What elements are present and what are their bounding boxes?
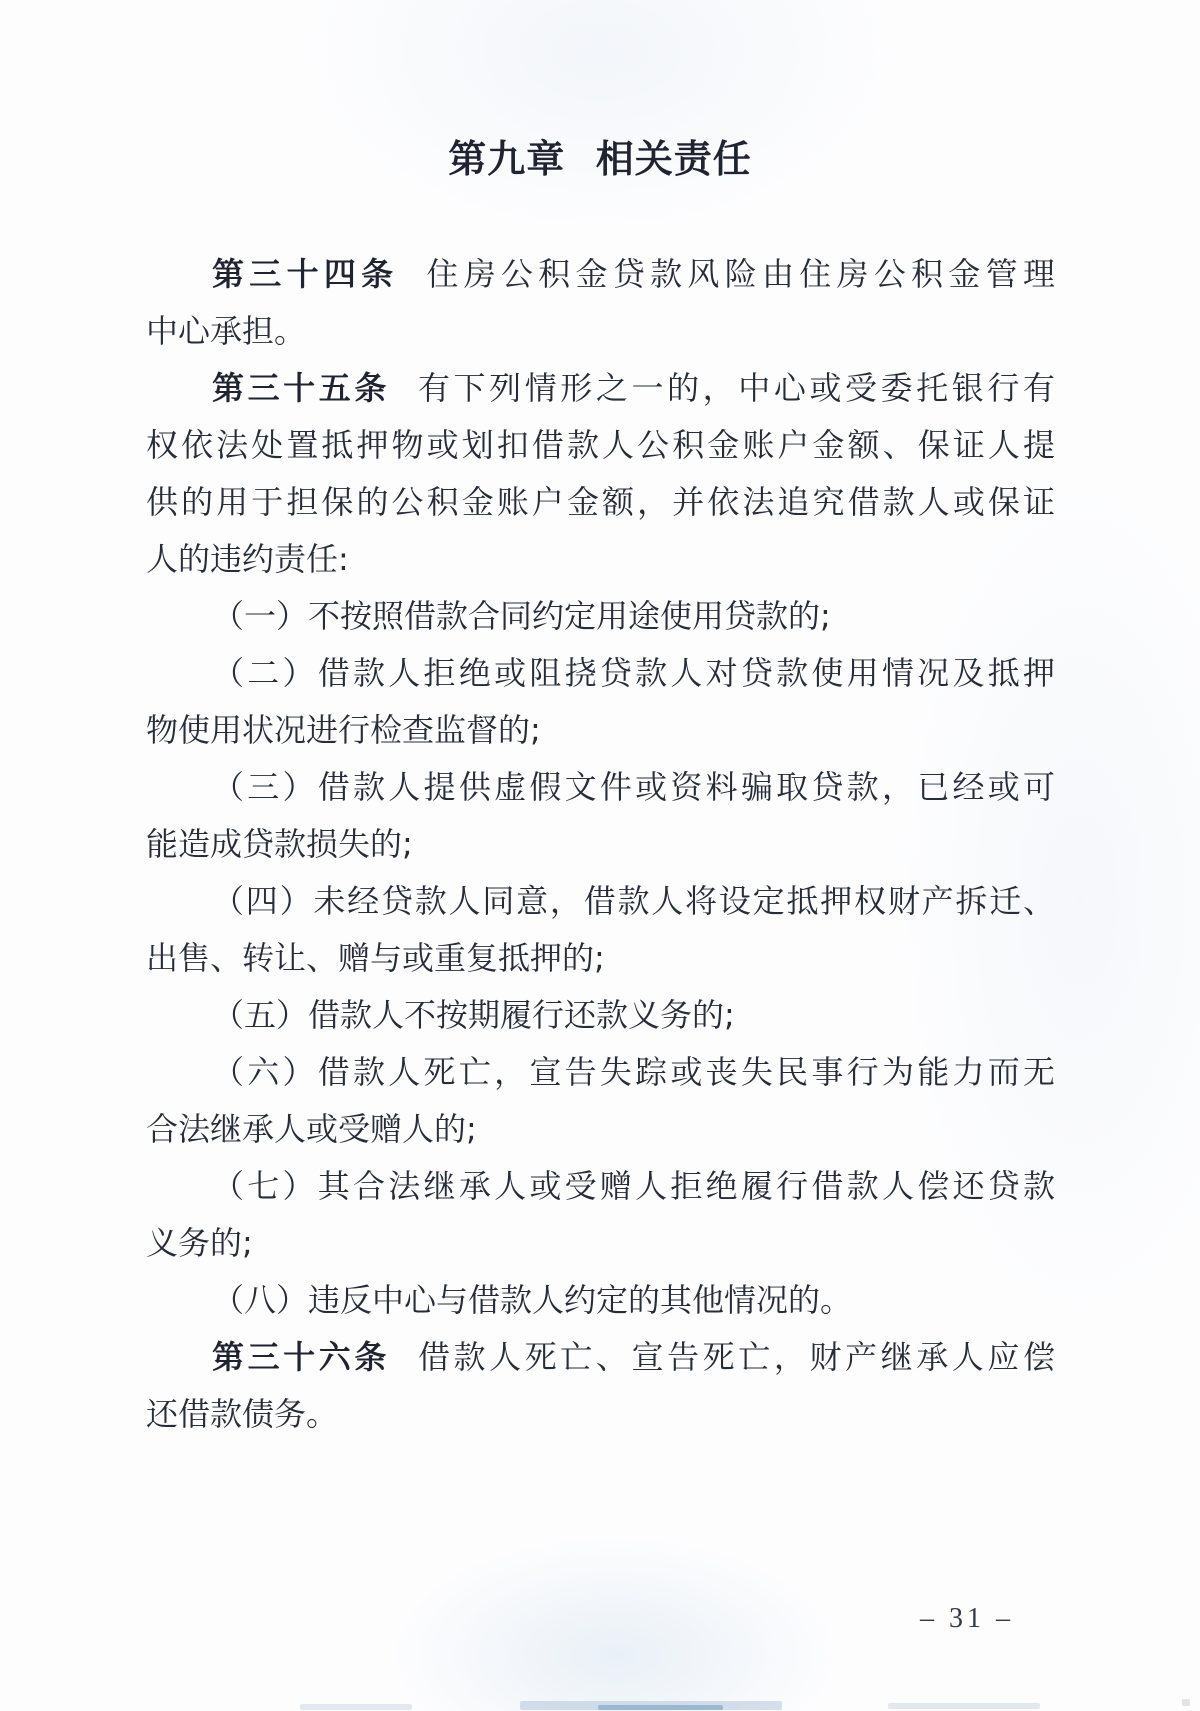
chapter-title: 第九章相关责任	[0, 128, 1200, 183]
line-text: 合法继承人或受赠人的;	[146, 1110, 477, 1148]
text-line: （三）借款人提供虚假文件或资料骗取贷款，已经或可	[146, 759, 1055, 816]
text-line: 出售、转让、赠与或重复抵押的;	[146, 930, 1055, 987]
text-line: 合法继承人或受赠人的;	[146, 1101, 1055, 1158]
article-number: 第三十六条	[212, 1338, 390, 1376]
line-text: （七）其合法继承人或受赠人拒绝履行借款人偿还贷款	[212, 1167, 1055, 1205]
line-text: （一）不按照借款合同约定用途使用贷款的;	[212, 597, 831, 635]
line-text: 有下列情形之一的，中心或受委托银行有	[418, 369, 1055, 407]
text-line: （六）借款人死亡，宣告失踪或丧失民事行为能力而无	[146, 1044, 1055, 1101]
document-page: 第九章相关责任 第三十四条住房公积金贷款风险由住房公积金管理 中心承担。 第三十…	[0, 0, 1200, 1711]
text-line: 第三十六条借款人死亡、宣告死亡，财产继承人应偿	[146, 1329, 1055, 1386]
text-line: 物使用状况进行检查监督的;	[146, 702, 1055, 759]
scan-artifact	[1182, 1699, 1190, 1706]
line-text: 住房公积金贷款风险由住房公积金管理	[426, 255, 1055, 293]
line-text: （五）借款人不按期履行还款义务的;	[212, 996, 735, 1034]
text-line: 第三十四条住房公积金贷款风险由住房公积金管理	[146, 246, 1055, 303]
line-text: 人的违约责任:	[146, 540, 349, 578]
text-line: 人的违约责任:	[146, 531, 1055, 588]
line-text: （四）未经贷款人同意，借款人将设定抵押权财产拆迁、	[212, 882, 1055, 920]
line-text: 借款人死亡、宣告死亡，财产继承人应偿	[418, 1338, 1055, 1376]
line-text: （二）借款人拒绝或阻挠贷款人对贷款使用情况及抵押	[212, 654, 1055, 692]
text-line: （四）未经贷款人同意，借款人将设定抵押权财产拆迁、	[146, 873, 1055, 930]
scan-artifact	[598, 1705, 723, 1710]
article-number: 第三十五条	[212, 369, 390, 407]
line-text: （八）违反中心与借款人约定的其他情况的。	[212, 1281, 852, 1319]
scan-artifact	[300, 1704, 412, 1710]
line-text: （六）借款人死亡，宣告失踪或丧失民事行为能力而无	[212, 1053, 1055, 1091]
text-line: （一）不按照借款合同约定用途使用贷款的;	[146, 588, 1055, 645]
line-text: 权依法处置抵押物或划扣借款人公积金账户金额、保证人提	[146, 426, 1055, 464]
text-line: （二）借款人拒绝或阻挠贷款人对贷款使用情况及抵押	[146, 645, 1055, 702]
text-line: （八）违反中心与借款人约定的其他情况的。	[146, 1272, 1055, 1329]
article-number: 第三十四条	[212, 255, 398, 293]
scan-artifact	[888, 1703, 1040, 1709]
text-line: （七）其合法继承人或受赠人拒绝履行借款人偿还贷款	[146, 1158, 1055, 1215]
text-line: 能造成贷款损失的;	[146, 816, 1055, 873]
text-line: 第三十五条有下列情形之一的，中心或受委托银行有	[146, 360, 1055, 417]
chapter-number: 第九章	[448, 137, 565, 181]
text-line: 供的用于担保的公积金账户金额，并依法追究借款人或保证	[146, 474, 1055, 531]
text-line: 义务的;	[146, 1215, 1055, 1272]
chapter-name: 相关责任	[596, 137, 752, 181]
line-text: 供的用于担保的公积金账户金额，并依法追究借款人或保证	[146, 483, 1055, 521]
line-text: 还借款债务。	[146, 1395, 338, 1433]
line-text: 中心承担。	[146, 312, 306, 350]
line-text: （三）借款人提供虚假文件或资料骗取贷款，已经或可	[212, 768, 1055, 806]
text-line: 中心承担。	[146, 303, 1055, 360]
line-text: 义务的;	[146, 1224, 253, 1262]
document-body: 第三十四条住房公积金贷款风险由住房公积金管理 中心承担。 第三十五条有下列情形之…	[146, 246, 1055, 1443]
line-text: 能造成贷款损失的;	[146, 825, 413, 863]
page-number: – 31 –	[920, 1603, 1014, 1635]
line-text: 物使用状况进行检查监督的;	[146, 711, 541, 749]
text-line: 权依法处置抵押物或划扣借款人公积金账户金额、保证人提	[146, 417, 1055, 474]
line-text: 出售、转让、赠与或重复抵押的;	[146, 939, 605, 977]
text-line: （五）借款人不按期履行还款义务的;	[146, 987, 1055, 1044]
text-line: 还借款债务。	[146, 1386, 1055, 1443]
